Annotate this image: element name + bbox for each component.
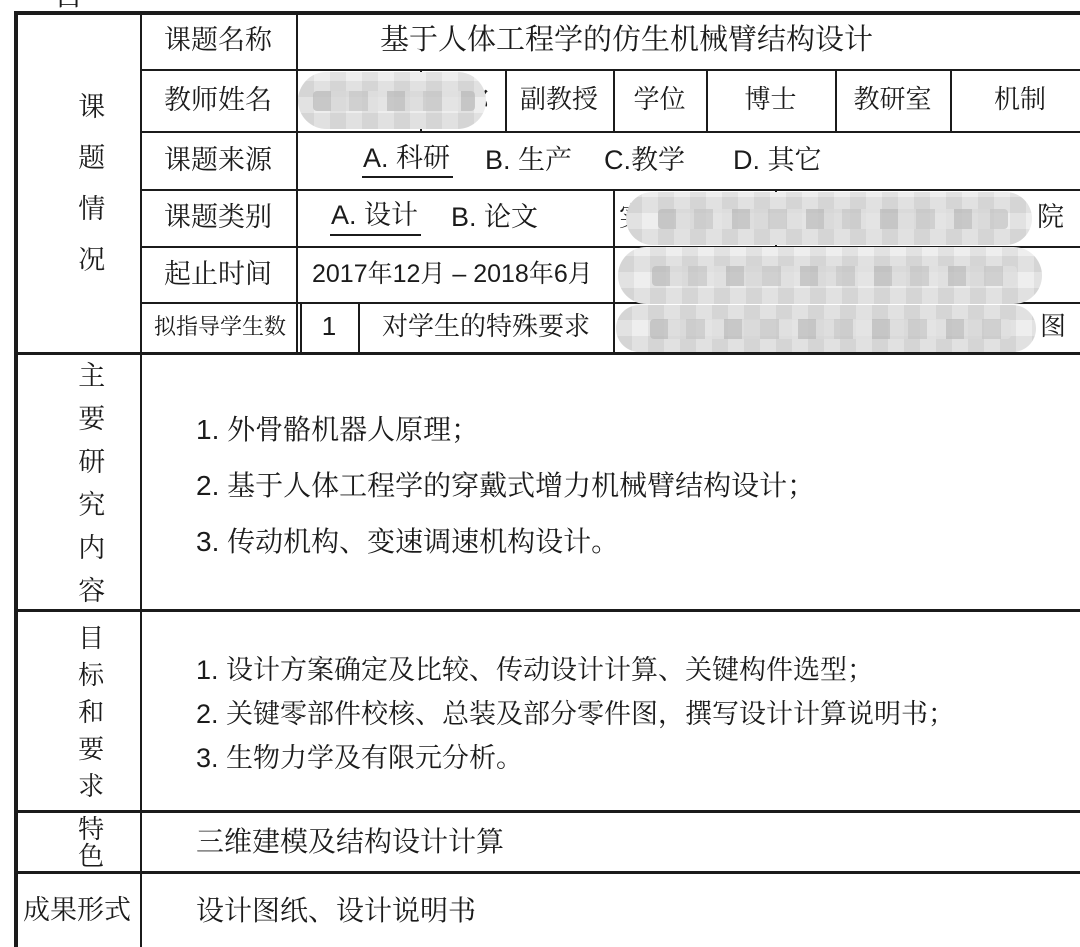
research-item: 2. 基于人体工程学的穿戴式增力机械臂结构设计；: [196, 458, 815, 514]
goals-item: 2. 关键零部件校核、总装及部分零件图，撰写设计计算说明书；: [196, 692, 955, 736]
section-topic-status-label: 课题情况: [14, 11, 140, 352]
teacher-degree-value: 博士: [706, 69, 835, 131]
teacher-office-value: 机制: [950, 69, 1080, 131]
result-form-label: 成果形式: [14, 874, 140, 947]
result-form-value: 设计图纸、设计说明书: [140, 874, 1080, 947]
topic-name-label: 课题名称: [140, 11, 296, 69]
goals-item: 3. 生物力学及有限元分析。: [196, 736, 523, 780]
source-option-c: C.教学: [604, 144, 685, 176]
redaction-row5: [618, 247, 1042, 304]
goals-content: 1. 设计方案确定及比较、传动设计计算、关键构件选型； 2. 关键零部件校核、总…: [140, 612, 1080, 810]
duration-value: 2017年12月 – 2018年6月: [296, 246, 629, 302]
topic-category-options: A. 设计 B. 论文: [296, 189, 647, 246]
student-requirement-label: 对学生的特殊要求: [358, 302, 614, 352]
topic-category-label: 课题类别: [140, 189, 296, 246]
topic-source-label: 课题来源: [140, 131, 296, 189]
redaction-row6: [616, 305, 1036, 352]
feature-label: 特色: [14, 813, 140, 871]
teacher-office-label: 教研室: [835, 69, 950, 131]
topic-source-options: A. 科研 B. 生产 C.教学 D. 其它: [296, 131, 1080, 189]
teacher-name-label: 教师姓名: [140, 69, 296, 131]
teacher-title-value: 副教授: [505, 69, 613, 131]
category-option-a: A. 设计: [330, 199, 421, 235]
goals-section-label: 目标和要求: [14, 612, 140, 810]
redaction-partner-unit: [626, 192, 1032, 245]
topic-name-value: 基于人体工程学的仿生机械臂结构设计: [296, 11, 1080, 69]
student-count-value: 1: [300, 302, 358, 352]
student-count-label: 拟指导学生数: [140, 302, 300, 352]
source-option-d: D. 其它: [733, 144, 822, 176]
topic-declaration-form: 目 课题情况 课题名称 基于人体工程学的仿生机械臂结构设计 教师姓名 职称 副教…: [0, 0, 1080, 947]
source-option-b: B. 生产: [485, 144, 572, 176]
research-item: 1. 外骨骼机器人原理；: [196, 402, 479, 458]
feature-value: 三维建模及结构设计计算: [140, 813, 1080, 871]
source-option-a: A. 科研: [362, 142, 453, 178]
research-item: 3. 传动机构、变速调速机构设计。: [196, 514, 619, 570]
category-option-b: B. 论文: [451, 201, 538, 233]
research-content: 1. 外骨骼机器人原理； 2. 基于人体工程学的穿戴式增力机械臂结构设计； 3.…: [140, 355, 1080, 609]
goals-item: 1. 设计方案确定及比较、传动设计计算、关键构件选型；: [196, 648, 874, 692]
redaction-teacher-name: [298, 72, 486, 129]
teacher-degree-label: 学位: [613, 69, 706, 131]
duration-label: 起止时间: [140, 246, 296, 302]
research-section-label: 主要研究内容: [14, 355, 140, 609]
